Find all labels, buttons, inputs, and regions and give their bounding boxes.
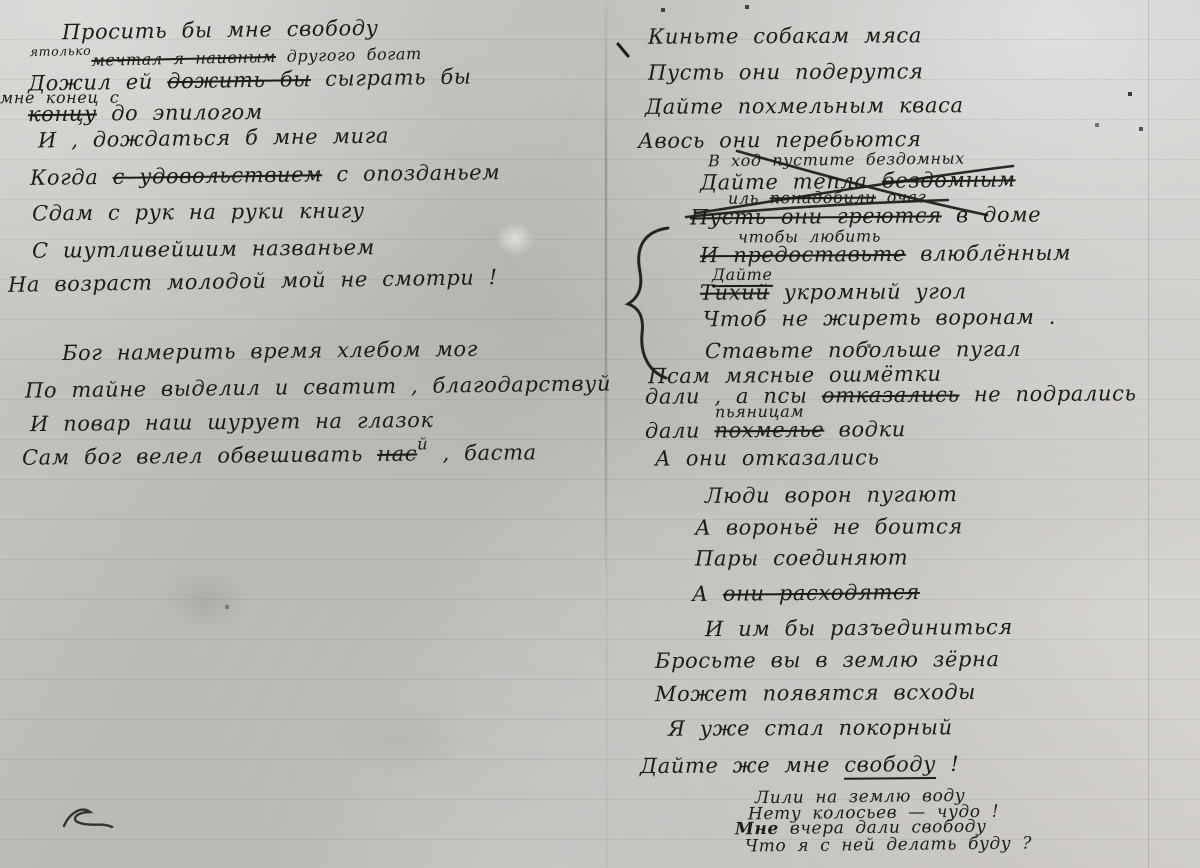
handwritten-text: В ход пустите бездомных [708,149,965,171]
center-fold-crease [605,0,607,570]
handwritten-text: На возраст молодой мой не смотри ! [8,265,498,297]
handwritten-text: влюблённым [906,241,1071,266]
handwritten-text: Дайте же мне [640,753,844,778]
handwritten-text: Что я с ней делать буду ? [745,833,1032,856]
manuscript-line: С шутливейшим названьем [32,235,375,263]
struck-out-text: нас [377,442,417,466]
handwritten-text: Может появятся всходы [655,680,976,706]
right-fold-crease [1148,0,1149,868]
struck-out-text: похмелье [714,418,824,443]
handwritten-text: с опозданьем [322,160,500,186]
ink-tick-mark [618,44,628,56]
handwritten-text: водки [824,417,906,442]
handwritten-text: Чтоб не жиреть воронам . [703,305,1056,331]
manuscript-line: Ставьте побольше пугал [705,337,1021,363]
handwritten-text: Ставьте побольше пугал [705,337,1021,363]
manuscript-line: Сам бог велел обвешивать насй , баста [22,440,537,469]
manuscript-line: Бог намерить время хлебом мог [62,337,478,365]
handwritten-text: Просить бы мне свободу [62,16,379,44]
handwritten-text: Киньте собакам мяса [648,23,922,48]
paper-stain [160,565,250,635]
manuscript-line: И им бы разъединиться [705,615,1013,641]
handwritten-text: С шутливейшим названьем [32,235,375,263]
manuscript-line: А вороньё не боится [695,514,963,539]
handwritten-text: дали [645,418,715,442]
struck-out-text: концу [28,102,97,127]
manuscript-line: А они расходятся [692,580,920,606]
handwritten-text: сыграть бы [311,65,472,92]
manuscript-line: Дайте похмельным кваса [645,93,964,119]
manuscript-line: И , дождаться б мне мига [38,124,389,153]
handwritten-text: По тайне выделил и сватит , благодарству… [25,371,611,402]
struck-out-text: И предоставьте [700,242,906,267]
handwritten-text: ! [936,752,959,776]
handwritten-text: я [30,44,39,59]
handwritten-text: Бросьте вы в землю зёрна [655,647,1000,673]
struck-out-text: отказались [822,383,960,408]
handwritten-text: другого богат [276,44,422,66]
handwritten-text: й [417,434,428,453]
handwritten-text: , баста [428,440,537,465]
manuscript-line: Может появятся всходы [655,680,976,706]
paper-stain [330,700,470,780]
handwritten-text: Дайте похмельным кваса [645,93,964,119]
manuscript-line: Чтоб не жиреть воронам . [703,305,1056,331]
manuscript-line: И повар наш шурует на глазок [30,408,434,436]
handwritten-text: А они отказались [655,445,880,470]
handwritten-text: Люди ворон пугают [705,482,958,508]
handwritten-text: Когда [30,165,113,190]
manuscript-line: Тихий укромный угол [700,279,967,304]
manuscript-line: Я уже стал покорный [668,715,953,740]
handwritten-text: не подрались [959,381,1136,406]
manuscript-line: По тайне выделил и сватит , благодарству… [25,371,611,402]
handwritten-text: А вороньё не боится [695,514,963,539]
dust-specks [0,0,2,2]
manuscript-line: В ход пустите бездомных [708,149,965,171]
handwritten-text: Бог намерить время хлебом мог [62,337,478,365]
manuscript-line: Пусть они греются в доме [690,202,1041,229]
struck-out-text: дожить бы [167,67,311,93]
handwritten-text: укромный угол [769,279,966,304]
manuscript-line: Когда с удовольствием с опозданьем [30,160,501,190]
manuscript-line: Киньте собакам мяса [648,23,922,48]
manuscript-line: А они отказались [655,445,880,470]
center-fold-crease-lower [606,560,607,868]
handwritten-text: свободу [844,752,936,780]
manuscript-line: Пусть они подерутся [648,59,924,84]
manuscript-line: И предоставьте влюблённым [700,241,1071,268]
struck-out-text: Тихий [700,280,770,304]
ink-margin-brace [628,228,668,378]
struck-out-text: они расходятся [723,580,920,606]
manuscript-line: Сдам с рук на руки книгу [32,199,365,226]
manuscript-line: дали похмелье водки [645,417,906,443]
manuscript-photo: Просить бы мне свободуя только мечтал я … [0,0,1200,868]
handwritten-text: А [692,582,723,606]
handwritten-text: только [39,43,92,59]
manuscript-line: концу до эпилогом [28,100,263,126]
paper-highlight-spot [495,222,535,256]
struck-out-text: мечтал я наивным [91,47,276,70]
handwritten-text: И им бы разъединиться [705,615,1013,641]
manuscript-line: Бросьте вы в землю зёрна [655,647,1000,673]
ink-doodle [64,810,112,827]
handwritten-text: Пусть они подерутся [648,59,924,84]
struck-out-text: Пусть они греются [690,203,942,229]
handwritten-text: Я уже стал покорный [668,715,953,740]
manuscript-line: Люди ворон пугают [705,482,958,508]
handwritten-text: в доме [942,202,1042,227]
manuscript-line: Пары соединяют [695,545,908,570]
manuscript-line: Дайте же мне свободу ! [640,752,960,778]
manuscript-line: На возраст молодой мой не смотри ! [8,265,498,297]
handwritten-text: Сам бог велел обвешивать [22,442,377,470]
struck-out-text: с удовольствием [112,162,322,189]
handwritten-text: И повар наш шурует на глазок [30,408,434,436]
manuscript-line: Просить бы мне свободу [62,16,379,44]
handwritten-text: Сдам с рук на руки книгу [32,199,365,226]
manuscript-line: Что я с ней делать буду ? [745,833,1032,856]
handwritten-text: до эпилогом [97,100,263,126]
handwritten-text: И , дождаться б мне мига [38,124,389,153]
handwritten-text: Пары соединяют [695,545,908,570]
